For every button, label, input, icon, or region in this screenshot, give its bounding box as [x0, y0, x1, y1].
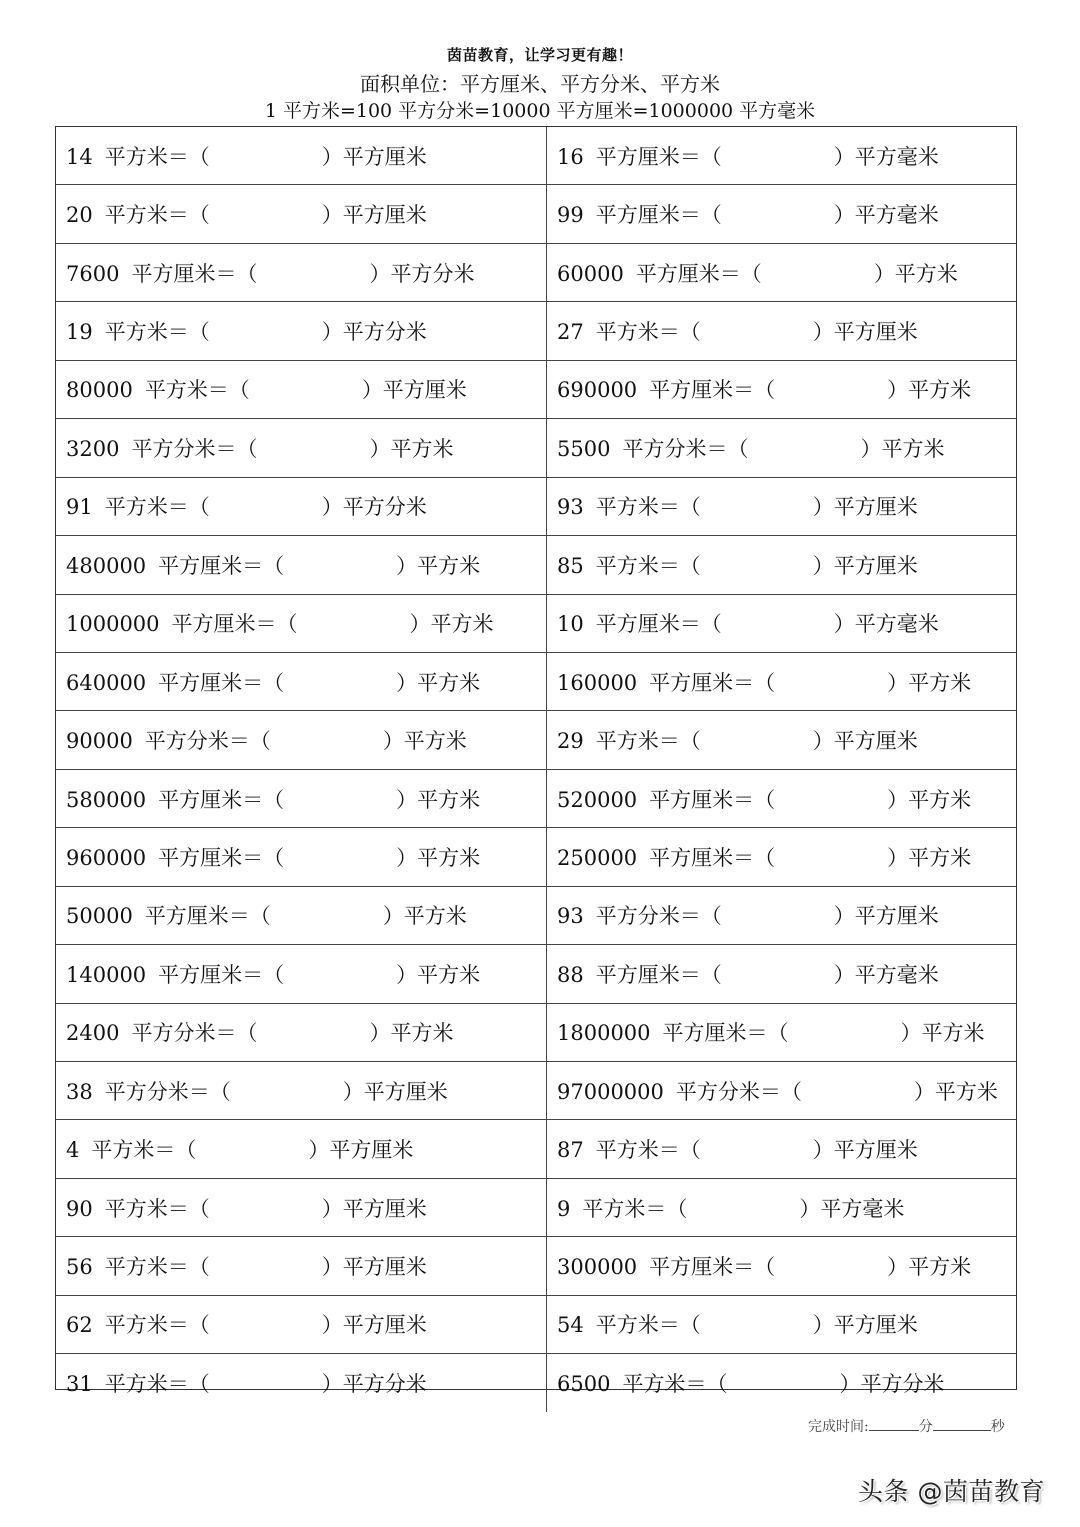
quantity: 16	[557, 145, 584, 169]
quantity: 520000	[557, 788, 637, 812]
minutes-label: 分	[919, 1419, 933, 1435]
quantity: 640000	[66, 671, 146, 695]
target-unit: ）平方米	[369, 433, 453, 463]
source-unit: 平方厘米＝（	[649, 1251, 775, 1281]
quantity: 6500	[557, 1372, 610, 1396]
problem-cell-right: 99平方厘米＝（）平方毫米	[547, 185, 1017, 243]
problem-cell-right: 85平方米＝（）平方厘米	[547, 536, 1017, 594]
target-unit: ）平方分米	[322, 491, 427, 521]
target-unit: ）平方毫米	[834, 608, 939, 638]
source-unit: 平方米＝（	[582, 1193, 687, 1223]
target-unit: ）平方厘米	[813, 316, 918, 346]
target-unit: ）平方米	[887, 374, 971, 404]
target-unit: ）平方厘米	[343, 1076, 448, 1106]
source-unit: 平方米＝（	[105, 141, 210, 171]
target-unit: ）平方厘米	[813, 725, 918, 755]
quantity: 93	[557, 495, 584, 519]
quantity: 97000000	[557, 1080, 664, 1104]
time-label: 完成时间:	[808, 1419, 869, 1435]
target-unit: ）平方米	[887, 842, 971, 872]
quantity: 60000	[557, 262, 624, 286]
table-row: 3200平方分米＝（）平方米5500平方分米＝（）平方米	[56, 419, 1016, 477]
problem-cell-right: 5500平方分米＝（）平方米	[547, 419, 1017, 477]
problem-cell-right: 93平方米＝（）平方厘米	[547, 477, 1017, 535]
source-unit: 平方厘米＝（	[596, 141, 722, 171]
quantity: 2400	[66, 1021, 119, 1045]
problem-cell-left: 56平方米＝（）平方厘米	[56, 1237, 547, 1295]
table-row: 2400平方分米＝（）平方米1800000平方厘米＝（）平方米	[56, 1003, 1016, 1061]
problem-cell-left: 7600平方厘米＝（）平方分米	[56, 243, 547, 301]
quantity: 31	[66, 1372, 93, 1396]
target-unit: ）平方米	[887, 1251, 971, 1281]
quantity: 85	[557, 554, 584, 578]
source-unit: 平方厘米＝（	[158, 842, 284, 872]
quantity: 3200	[66, 437, 119, 461]
table-row: 31平方米＝（）平方分米6500平方米＝（）平方分米	[56, 1354, 1016, 1412]
source-unit: 平方厘米＝（	[596, 959, 722, 989]
table-row: 90000平方分米＝（）平方米29平方米＝（）平方厘米	[56, 711, 1016, 769]
target-unit: ）平方厘米	[308, 1134, 413, 1164]
conversion-formula: 1 平方米=100 平方分米=10000 平方厘米=1000000 平方毫米	[0, 96, 1080, 123]
quantity: 480000	[66, 554, 146, 578]
target-unit: ）平方厘米	[322, 141, 427, 171]
quantity: 62	[66, 1313, 93, 1337]
problem-cell-left: 3200平方分米＝（）平方米	[56, 419, 547, 477]
table-row: 140000平方厘米＝（）平方米88平方厘米＝（）平方毫米	[56, 945, 1016, 1003]
target-unit: ）平方米	[396, 784, 480, 814]
table-row: 20平方米＝（）平方厘米99平方厘米＝（）平方毫米	[56, 185, 1016, 243]
quantity: 20	[66, 203, 93, 227]
source-unit: 平方厘米＝（	[131, 258, 257, 288]
target-unit: ）平方分米	[369, 258, 474, 288]
quantity: 140000	[66, 963, 146, 987]
table-row: 580000平方厘米＝（）平方米520000平方厘米＝（）平方米	[56, 769, 1016, 827]
target-unit: ）平方分米	[322, 316, 427, 346]
table-row: 480000平方厘米＝（）平方米85平方米＝（）平方厘米	[56, 536, 1016, 594]
problem-cell-right: 60000平方厘米＝（）平方米	[547, 243, 1017, 301]
quantity: 88	[557, 963, 584, 987]
source-unit: 平方厘米＝（	[649, 784, 775, 814]
target-unit: ）平方米	[396, 550, 480, 580]
source-unit: 平方米＝（	[105, 1309, 210, 1339]
table-row: 14平方米＝（）平方厘米16平方厘米＝（）平方毫米	[56, 127, 1016, 185]
problem-cell-right: 88平方厘米＝（）平方毫米	[547, 945, 1017, 1003]
table-row: 19平方米＝（）平方分米27平方米＝（）平方厘米	[56, 302, 1016, 360]
target-unit: ）平方毫米	[834, 141, 939, 171]
target-unit: ）平方米	[887, 784, 971, 814]
table-row: 4平方米＝（）平方厘米87平方米＝（）平方厘米	[56, 1120, 1016, 1178]
watermark: 头条 @茵苗教育	[858, 1472, 1045, 1508]
source-unit: 平方厘米＝（	[145, 900, 271, 930]
source-unit: 平方分米＝（	[131, 433, 257, 463]
problem-cell-left: 90平方米＝（）平方厘米	[56, 1178, 547, 1236]
quantity: 580000	[66, 788, 146, 812]
source-unit: 平方米＝（	[596, 725, 701, 755]
table-row: 62平方米＝（）平方厘米54平方米＝（）平方厘米	[56, 1295, 1016, 1353]
quantity: 29	[557, 729, 584, 753]
source-unit: 平方分米＝（	[105, 1076, 231, 1106]
problem-cell-left: 31平方米＝（）平方分米	[56, 1354, 547, 1412]
target-unit: ）平方厘米	[813, 1134, 918, 1164]
quantity: 90	[66, 1197, 93, 1221]
quantity: 54	[557, 1313, 584, 1337]
table-row: 80000平方米＝（）平方厘米690000平方厘米＝（）平方米	[56, 360, 1016, 418]
minutes-blank[interactable]	[869, 1416, 919, 1431]
problem-cell-left: 580000平方厘米＝（）平方米	[56, 769, 547, 827]
problem-cell-right: 27平方米＝（）平方厘米	[547, 302, 1017, 360]
target-unit: ）平方米	[383, 900, 467, 930]
source-unit: 平方分米＝（	[622, 433, 748, 463]
problem-cell-left: 90000平方分米＝（）平方米	[56, 711, 547, 769]
problem-cell-left: 960000平方厘米＝（）平方米	[56, 828, 547, 886]
quantity: 160000	[557, 671, 637, 695]
quantity: 50000	[66, 904, 133, 928]
quantity: 93	[557, 904, 584, 928]
source-unit: 平方分米＝（	[145, 725, 271, 755]
quantity: 7600	[66, 262, 119, 286]
table-row: 640000平方厘米＝（）平方米160000平方厘米＝（）平方米	[56, 652, 1016, 710]
problem-cell-right: 160000平方厘米＝（）平方米	[547, 652, 1017, 710]
source-unit: 平方米＝（	[105, 199, 210, 229]
target-unit: ）平方米	[860, 433, 944, 463]
target-unit: ）平方厘米	[813, 1309, 918, 1339]
table-row: 50000平方厘米＝（）平方米93平方分米＝（）平方厘米	[56, 886, 1016, 944]
target-unit: ）平方厘米	[813, 491, 918, 521]
target-unit: ）平方米	[874, 258, 958, 288]
target-unit: ）平方米	[901, 1017, 985, 1047]
table-row: 7600平方厘米＝（）平方分米60000平方厘米＝（）平方米	[56, 243, 1016, 301]
target-unit: ）平方米	[369, 1017, 453, 1047]
problem-cell-right: 54平方米＝（）平方厘米	[547, 1295, 1017, 1353]
target-unit: ）平方米	[396, 842, 480, 872]
source-unit: 平方米＝（	[596, 491, 701, 521]
source-unit: 平方厘米＝（	[158, 667, 284, 697]
problem-cell-right: 16平方厘米＝（）平方毫米	[547, 127, 1017, 185]
table-row: 56平方米＝（）平方厘米300000平方厘米＝（）平方米	[56, 1237, 1016, 1295]
target-unit: ）平方米	[914, 1076, 998, 1106]
problem-cell-left: 38平方分米＝（）平方厘米	[56, 1062, 547, 1120]
source-unit: 平方厘米＝（	[596, 608, 722, 638]
quantity: 99	[557, 203, 584, 227]
target-unit: ）平方毫米	[799, 1193, 904, 1223]
source-unit: 平方米＝（	[596, 1309, 701, 1339]
problem-cell-left: 91平方米＝（）平方分米	[56, 477, 547, 535]
quantity: 27	[557, 320, 584, 344]
source-unit: 平方分米＝（	[676, 1076, 802, 1106]
target-unit: ）平方厘米	[322, 199, 427, 229]
source-unit: 平方厘米＝（	[158, 784, 284, 814]
quantity: 300000	[557, 1255, 637, 1279]
quantity: 90000	[66, 729, 133, 753]
source-unit: 平方米＝（	[596, 1134, 701, 1164]
problem-cell-right: 1800000平方厘米＝（）平方米	[547, 1003, 1017, 1061]
source-unit: 平方厘米＝（	[649, 374, 775, 404]
target-unit: ）平方米	[410, 608, 494, 638]
problem-cell-right: 520000平方厘米＝（）平方米	[547, 769, 1017, 827]
source-unit: 平方厘米＝（	[663, 1017, 789, 1047]
quantity: 250000	[557, 846, 637, 870]
problem-cell-left: 14平方米＝（）平方厘米	[56, 127, 547, 185]
quantity: 5500	[557, 437, 610, 461]
brand-slogan: 茵苗教育，让学习更有趣！	[0, 44, 1080, 65]
source-unit: 平方米＝（	[596, 550, 701, 580]
problem-cell-right: 690000平方厘米＝（）平方米	[547, 360, 1017, 418]
quantity: 91	[66, 495, 93, 519]
problem-cell-left: 19平方米＝（）平方分米	[56, 302, 547, 360]
quantity: 1800000	[557, 1021, 651, 1045]
source-unit: 平方厘米＝（	[636, 258, 762, 288]
exercise-table: 14平方米＝（）平方厘米16平方厘米＝（）平方毫米20平方米＝（）平方厘米99平…	[55, 126, 1017, 1390]
source-unit: 平方分米＝（	[596, 900, 722, 930]
source-unit: 平方厘米＝（	[649, 667, 775, 697]
problem-cell-left: 640000平方厘米＝（）平方米	[56, 652, 547, 710]
target-unit: ）平方厘米	[322, 1251, 427, 1281]
quantity: 4	[66, 1138, 79, 1162]
table-row: 38平方分米＝（）平方厘米97000000平方分米＝（）平方米	[56, 1062, 1016, 1120]
problem-cell-left: 80000平方米＝（）平方厘米	[56, 360, 547, 418]
target-unit: ）平方厘米	[322, 1309, 427, 1339]
source-unit: 平方厘米＝（	[158, 550, 284, 580]
source-unit: 平方米＝（	[91, 1134, 196, 1164]
source-unit: 平方厘米＝（	[158, 959, 284, 989]
source-unit: 平方厘米＝（	[172, 608, 298, 638]
problem-cell-left: 62平方米＝（）平方厘米	[56, 1295, 547, 1353]
source-unit: 平方米＝（	[596, 316, 701, 346]
quantity: 87	[557, 1138, 584, 1162]
problem-cell-left: 2400平方分米＝（）平方米	[56, 1003, 547, 1061]
target-unit: ）平方米	[887, 667, 971, 697]
table-row: 1000000平方厘米＝（）平方米10平方厘米＝（）平方毫米	[56, 594, 1016, 652]
source-unit: 平方米＝（	[105, 1193, 210, 1223]
problem-cell-right: 87平方米＝（）平方厘米	[547, 1120, 1017, 1178]
target-unit: ）平方分米	[839, 1368, 944, 1398]
target-unit: ）平方米	[383, 725, 467, 755]
quantity: 690000	[557, 378, 637, 402]
target-unit: ）平方厘米	[322, 1193, 427, 1223]
quantity: 38	[66, 1080, 93, 1104]
problem-cell-right: 300000平方厘米＝（）平方米	[547, 1237, 1017, 1295]
problem-cell-left: 50000平方厘米＝（）平方米	[56, 886, 547, 944]
problem-cell-right: 9平方米＝（）平方毫米	[547, 1178, 1017, 1236]
problem-cell-right: 250000平方厘米＝（）平方米	[547, 828, 1017, 886]
source-unit: 平方米＝（	[145, 374, 250, 404]
problem-cell-left: 1000000平方厘米＝（）平方米	[56, 594, 547, 652]
problem-cell-left: 4平方米＝（）平方厘米	[56, 1120, 547, 1178]
source-unit: 平方米＝（	[622, 1368, 727, 1398]
problem-cell-left: 140000平方厘米＝（）平方米	[56, 945, 547, 1003]
worksheet-title: 面积单位：平方厘米、平方分米、平方米	[0, 68, 1080, 97]
source-unit: 平方分米＝（	[131, 1017, 257, 1047]
problem-cell-right: 29平方米＝（）平方厘米	[547, 711, 1017, 769]
target-unit: ）平方分米	[322, 1368, 427, 1398]
problem-cell-left: 480000平方厘米＝（）平方米	[56, 536, 547, 594]
target-unit: ）平方厘米	[834, 900, 939, 930]
table-row: 90平方米＝（）平方厘米9平方米＝（）平方毫米	[56, 1178, 1016, 1236]
quantity: 14	[66, 145, 93, 169]
quantity: 19	[66, 320, 93, 344]
target-unit: ）平方毫米	[834, 959, 939, 989]
seconds-blank[interactable]	[933, 1416, 991, 1431]
table-row: 91平方米＝（）平方分米93平方米＝（）平方厘米	[56, 477, 1016, 535]
target-unit: ）平方毫米	[834, 199, 939, 229]
seconds-label: 秒	[991, 1419, 1005, 1435]
problem-cell-right: 97000000平方分米＝（）平方米	[547, 1062, 1017, 1120]
problem-cell-right: 10平方厘米＝（）平方毫米	[547, 594, 1017, 652]
source-unit: 平方米＝（	[105, 316, 210, 346]
table-row: 960000平方厘米＝（）平方米250000平方厘米＝（）平方米	[56, 828, 1016, 886]
target-unit: ）平方米	[396, 667, 480, 697]
problem-cell-right: 6500平方米＝（）平方分米	[547, 1354, 1017, 1412]
problem-cell-right: 93平方分米＝（）平方厘米	[547, 886, 1017, 944]
target-unit: ）平方厘米	[813, 550, 918, 580]
quantity: 56	[66, 1255, 93, 1279]
quantity: 9	[557, 1197, 570, 1221]
target-unit: ）平方厘米	[362, 374, 467, 404]
source-unit: 平方厘米＝（	[596, 199, 722, 229]
quantity: 10	[557, 612, 584, 636]
target-unit: ）平方米	[396, 959, 480, 989]
completion-time: 完成时间:分秒	[808, 1416, 1005, 1436]
quantity: 80000	[66, 378, 133, 402]
source-unit: 平方米＝（	[105, 1251, 210, 1281]
source-unit: 平方米＝（	[105, 491, 210, 521]
quantity: 1000000	[66, 612, 160, 636]
source-unit: 平方米＝（	[105, 1368, 210, 1398]
problem-cell-left: 20平方米＝（）平方厘米	[56, 185, 547, 243]
source-unit: 平方厘米＝（	[649, 842, 775, 872]
quantity: 960000	[66, 846, 146, 870]
